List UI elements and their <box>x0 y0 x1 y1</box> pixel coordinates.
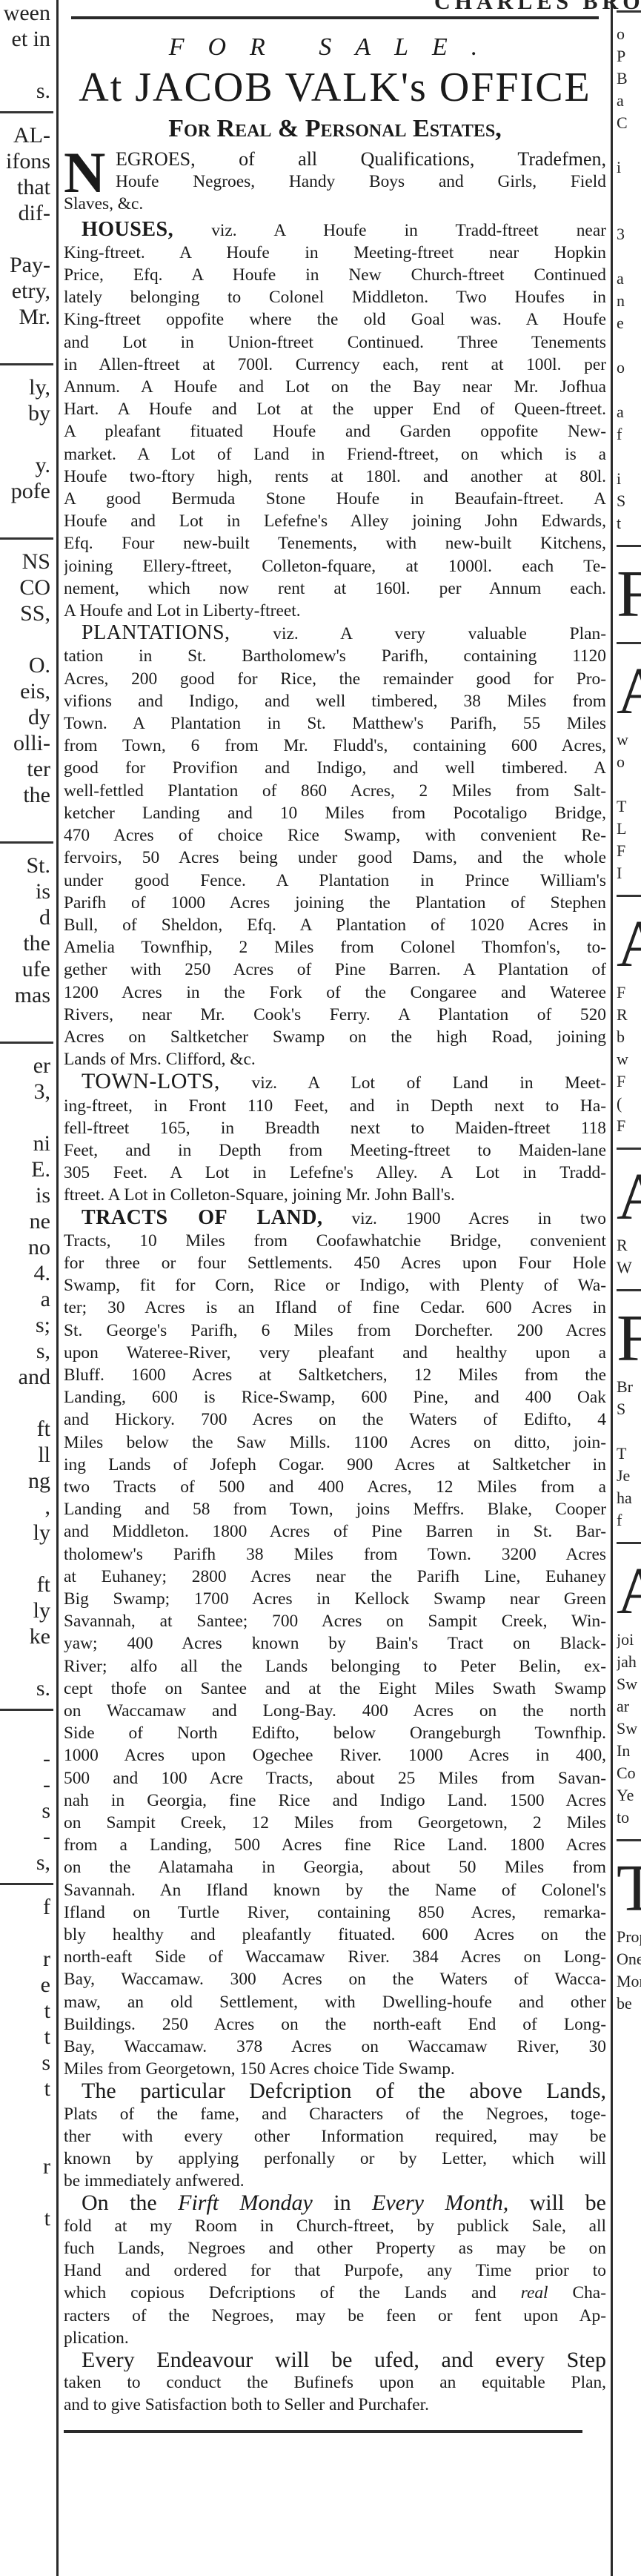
cropped-text-fragment: ke <box>0 1623 53 1649</box>
column-rule <box>617 1148 641 1150</box>
cropped-text-fragment: ha <box>617 1487 641 1509</box>
text-line: gether with 250 Acres of Pine Barren. A … <box>64 958 606 981</box>
text-line: taken to conduct the Bufinefs upon an eq… <box>64 2371 606 2394</box>
text-fragment: Cha- <box>573 2283 606 2302</box>
cropped-text-fragment: NS <box>0 549 53 575</box>
cropped-text-fragment: ly <box>0 1520 53 1546</box>
column-rule <box>617 642 641 644</box>
cropped-text-fragment: St. <box>0 852 53 878</box>
text-line: plication. <box>64 2327 606 2349</box>
cropped-text-fragment: S <box>617 490 641 512</box>
cropped-text-fragment: AL- <box>0 122 53 148</box>
text-line: 500 and 100 Acre Tracts, about 25 Miles … <box>64 1767 606 1789</box>
cropped-text-fragment: ft <box>0 1572 53 1597</box>
text-line: Rivers, near Mr. Cook's Ferry. A Plantat… <box>64 1004 606 1026</box>
cropped-text-fragment: n <box>617 290 641 312</box>
text-line: Houfe two-ftory high, rents at 180l. and… <box>64 466 606 488</box>
column-rule <box>0 537 53 540</box>
cropped-text-fragment: T <box>617 795 641 818</box>
cropped-text-fragment: ll <box>0 1442 53 1468</box>
cropped-text-fragment: O. <box>0 652 53 678</box>
cropped-text-fragment: d <box>0 904 53 930</box>
cropped-text-fragment: ar <box>617 1695 641 1718</box>
cropped-text-fragment: ne <box>0 1208 53 1234</box>
cropped-text-fragment <box>0 1546 53 1572</box>
text-line: Bluff. 1600 Acres at Saltketchers, 12 Mi… <box>64 1364 606 1386</box>
cropped-text-fragment: F <box>617 1115 641 1137</box>
cropped-text-fragment: Co <box>617 1762 641 1784</box>
cropped-initial: A <box>617 655 641 729</box>
text-line: Feet, and in Depth from Meeting-ftreet t… <box>64 1139 606 1162</box>
text-line: Slaves, &c. <box>64 193 606 215</box>
cropped-text-fragment: 3, <box>0 1079 53 1105</box>
text-line: maw, an old Settlement, with Dwelling-ho… <box>64 1991 606 2013</box>
text-line: Efq. Four new-built Tenements, with new-… <box>64 532 606 554</box>
cropped-text-fragment <box>617 379 641 401</box>
section-first-line: TRACTS OF LAND, viz. 1900 Acres in two <box>64 1207 606 1230</box>
cropped-text-fragment: w <box>617 1048 641 1070</box>
cropped-initial: F <box>617 1302 641 1376</box>
cropped-text-fragment: SS, <box>0 600 53 626</box>
text-line: fell-ftreet 165, in Breadth next to Maid… <box>64 1117 606 1139</box>
text-line: lately belonging to Colonel Middleton. T… <box>64 286 606 308</box>
cropped-text-fragment: ( <box>617 1093 641 1115</box>
closing-section: Every Endeavour will be ufed, and every … <box>64 2349 606 2417</box>
column-divider-left <box>56 0 59 2576</box>
column-rule <box>617 1839 641 1841</box>
text-line: be immediately anfwered. <box>64 2170 606 2192</box>
text-line: Big Swamp; 1700 Acres in Kellock Swamp n… <box>64 1588 606 1610</box>
cropped-text-fragment: B <box>617 67 641 90</box>
cropped-text-fragment: - <box>0 1824 53 1850</box>
section-heading: HOUSES, <box>82 219 173 241</box>
cropped-text-fragment: ft <box>0 1416 53 1442</box>
cropped-text-fragment: e <box>617 312 641 334</box>
text-line: joining Ellery-ftreet, Colleton-fquare, … <box>64 555 606 577</box>
cropped-text-fragment: P <box>617 45 641 67</box>
text-fragment: viz. A Houfe in Tradd-ftreet near <box>211 221 606 240</box>
text-line: ing Lands of Jofeph Cogar. 900 Acres at … <box>64 1454 606 1476</box>
cropped-text-fragment <box>0 504 53 530</box>
cropped-text-fragment: be <box>617 1993 641 2015</box>
text-line: known by applying perfonally or by Lette… <box>64 2148 606 2170</box>
text-line: Parifh of 1000 Acres joining the Plantat… <box>64 892 606 914</box>
text-line: 305 Feet. A Lot in Lefefne's Alley. A Lo… <box>64 1162 606 1184</box>
text-line: and Middleton. 1800 Acres of Pine Barren… <box>64 1520 606 1543</box>
cropped-text-fragment: I <box>617 862 641 884</box>
column-rule <box>617 545 641 547</box>
cropped-text-fragment: y. <box>0 452 53 478</box>
cropped-text-fragment <box>0 2179 53 2205</box>
column-rule <box>0 111 53 113</box>
text-line: Bay, Waccamaw. 300 Acres on the Waters o… <box>64 1968 606 1990</box>
column-rule <box>617 1289 641 1291</box>
cropped-text-fragment <box>0 1008 53 1034</box>
text-line: Side of North Edifto, below Orangeburgh … <box>64 1722 606 1744</box>
text-line: River; alfo all the Lands belonging to P… <box>64 1655 606 1678</box>
text-line: bly healthy and pleafantly fituated. 600… <box>64 1924 606 1946</box>
houses-section: HOUSES, viz. A Houfe in Tradd-ftreet nea… <box>64 219 606 623</box>
cropped-text-fragment <box>0 808 53 834</box>
cropped-initial: F <box>617 557 641 632</box>
text-line: under good Fence. A Plantation in Prince… <box>64 870 606 892</box>
text-line: King-ftreet oppofite where the old Goal … <box>64 308 606 331</box>
bottom-divider-rule <box>64 2430 582 2433</box>
tracts-section: TRACTS OF LAND, viz. 1900 Acres in two T… <box>64 1207 606 2081</box>
text-fragment: in <box>333 2192 351 2214</box>
cropped-text-fragment <box>617 134 641 156</box>
text-line: ing-ftreet, in Front 110 Feet, and in De… <box>64 1095 606 1117</box>
cropped-text-fragment: ly, <box>0 374 53 400</box>
cropped-text-fragment <box>617 201 641 223</box>
section-heading: PLANTATIONS, <box>82 622 230 644</box>
cropped-text-fragment: t <box>0 1998 53 2024</box>
section-heading: TOWN-LOTS, <box>82 1070 220 1093</box>
cropped-text-fragment: the <box>0 930 53 956</box>
text-line: EGROES, of all Qualifications, Tradefmen… <box>64 148 606 170</box>
text-line: Acres on Saltketcher Swamp on the high R… <box>64 1026 606 1048</box>
cropped-text-fragment: R <box>617 1234 641 1256</box>
text-line: two Tracts of 500 and 400 Acres, 12 Mile… <box>64 1476 606 1498</box>
cropped-text-fragment: Prop <box>617 1926 641 1948</box>
cropped-text-fragment: that <box>0 174 53 200</box>
text-fragment: which copious Defcriptions of the Lands … <box>64 2283 496 2302</box>
cropped-text-fragment: - <box>0 1746 53 1772</box>
cropped-text-fragment: ni <box>0 1130 53 1156</box>
cropped-text-fragment: is <box>0 878 53 904</box>
cropped-text-fragment: pofe <box>0 478 53 504</box>
text-line: for three or four Settlements. 450 Acres… <box>64 1252 606 1274</box>
text-line: vifions and Indigo, and well timbered, 3… <box>64 690 606 712</box>
text-fragment: Firft Monday <box>178 2192 313 2214</box>
cropped-text-fragment: In <box>617 1740 641 1762</box>
text-line: north-eaft Side of Waccamaw River. 384 A… <box>64 1946 606 1968</box>
cropped-text-fragment: a <box>0 1286 53 1312</box>
cropped-text-fragment: etry, <box>0 278 53 304</box>
cropped-text-fragment: er <box>0 1053 53 1079</box>
column-rule <box>0 1042 53 1044</box>
text-fragment: will be <box>530 2192 606 2214</box>
text-line: on Sampit Creek, 12 Miles from Georgetow… <box>64 1812 606 1834</box>
cropped-text-fragment <box>0 330 53 356</box>
text-line: Savannah. An Ifland known by the Name of… <box>64 1879 606 1901</box>
cropped-text-fragment <box>0 1920 53 1946</box>
cropped-text-fragment <box>617 245 641 268</box>
text-fragment: real <box>521 2283 548 2302</box>
cropped-text-fragment: dif- <box>0 200 53 226</box>
ad-kicker: FOR SALE. <box>64 31 606 64</box>
text-line: ter; 30 Acres is an Ifland of fine Cedar… <box>64 1297 606 1319</box>
cropped-text-fragment: eis, <box>0 678 53 704</box>
cropped-text-fragment: W <box>617 1256 641 1279</box>
text-line: cept thofe on Santee and at the Eight Mi… <box>64 1678 606 1700</box>
cropped-text-fragment: R <box>617 1004 641 1026</box>
text-line: Houfe Negroes, Handy Boys and Girls, Fie… <box>64 170 606 193</box>
text-line: ketcher Landing and 10 Miles from Pocota… <box>64 802 606 824</box>
text-line: The particular Defcription of the above … <box>64 2080 606 2102</box>
text-line: at Euhaney; 2800 Acres near the Parifh L… <box>64 1566 606 1588</box>
text-line: King-ftreet. A Houfe in Meeting-ftreet n… <box>64 242 606 264</box>
cropped-text-fragment: e <box>0 1972 53 1998</box>
cropped-text-fragment: s. <box>0 78 53 104</box>
section-heading: TRACTS OF LAND, <box>82 1207 322 1229</box>
text-line: market. A Lot of Land in Friend-ftreet, … <box>64 443 606 466</box>
cropped-text-fragment: s, <box>0 1338 53 1364</box>
cropped-text-fragment <box>0 626 53 652</box>
cropped-text-fragment <box>617 773 641 795</box>
cropped-text-fragment: T <box>617 1443 641 1465</box>
cropped-text-fragment: ween <box>0 0 53 26</box>
description-section: The particular Defcription of the above … <box>64 2080 606 2192</box>
text-line: Miles from Georgetown, 150 Acres choice … <box>64 2058 606 2080</box>
column-rule <box>0 1883 53 1885</box>
cropped-text-fragment: 3 <box>617 223 641 245</box>
cropped-initial: A <box>617 1554 641 1629</box>
advertisement-column: CHARLES BROWN. FOR SALE. At JACOB VALK's… <box>64 0 606 2433</box>
cropped-text-fragment: is <box>0 1182 53 1208</box>
cropped-text-fragment: ly <box>0 1597 53 1623</box>
cropped-text-fragment: r <box>0 2153 53 2179</box>
cropped-text-fragment: o <box>617 23 641 45</box>
text-line: Amelia Townfhip, 2 Miles from Colonel Th… <box>64 936 606 958</box>
cropped-text-fragment: s, <box>0 1850 53 1875</box>
cropped-text-fragment: i <box>617 468 641 490</box>
text-line: and Lot in Union-ftreet Continued. Three… <box>64 331 606 354</box>
text-line: Price, Efq. A Houfe in New Church-ftreet… <box>64 264 606 286</box>
cropped-text-fragment <box>0 2128 53 2153</box>
text-line: from Town, 6 from Mr. Fludd's, containin… <box>64 735 606 757</box>
cropped-text-fragment: E. <box>0 1156 53 1182</box>
cropped-text-fragment: L <box>617 818 641 840</box>
ad-body: N EGROES, of all Qualifications, Tradefm… <box>64 148 606 2417</box>
cropped-text-fragment: mas <box>0 982 53 1008</box>
text-fragment: On the <box>82 2192 157 2214</box>
text-line: well-fettled Plantation of 860 Acres, 2 … <box>64 780 606 802</box>
cropped-text-fragment: olli- <box>0 730 53 756</box>
cropped-text-fragment: t <box>0 2076 53 2102</box>
adjacent-right-column: oPBaC i 3 ane o af iStFAwo TLFIAFRbwF(FA… <box>617 0 641 2576</box>
text-line: Acres, 200 good for Rice, the remainder … <box>64 668 606 690</box>
cropped-text-fragment: CO <box>0 575 53 600</box>
text-line: fuch Lands, Negroes and other Property a… <box>64 2237 606 2259</box>
cropped-text-fragment: a <box>617 401 641 423</box>
ad-subtitle: For Real & Personal Estates, <box>64 111 606 147</box>
text-line: from a Landing, 500 Acres fine Rice Land… <box>64 1834 606 1856</box>
text-line: on Waccamaw and Long-Bay. 400 Acres on t… <box>64 1700 606 1722</box>
cropped-text-fragment: w <box>617 729 641 751</box>
text-line: Every Endeavour will be ufed, and every … <box>64 2349 606 2371</box>
section-first-line: PLANTATIONS, viz. A very valuable Plan- <box>64 622 606 645</box>
cropped-text-fragment: Je <box>617 1465 641 1487</box>
cropped-initial: T <box>617 1852 641 1926</box>
cropped-text-fragment: f <box>0 1894 53 1920</box>
text-line: good for Provifion and Indigo, and well … <box>64 757 606 779</box>
cropped-text-fragment: and <box>0 1364 53 1390</box>
cropped-initial: A <box>617 907 641 981</box>
column-rule <box>617 895 641 897</box>
cropped-text-fragment: dy <box>0 704 53 730</box>
text-line: Hart. A Houfe and Lot at the upper End o… <box>64 398 606 420</box>
cropped-text-fragment: - <box>0 1772 53 1798</box>
cropped-text-fragment: , <box>0 1494 53 1520</box>
column-rule <box>617 1542 641 1544</box>
cropped-text-fragment: o <box>617 751 641 773</box>
text-line: A good Bermuda Stone Houfe in Beaufain-f… <box>64 488 606 510</box>
cropped-text-fragment <box>617 334 641 357</box>
column-divider-right <box>611 0 613 2576</box>
text-line: Annum. A Houfe and Lot on the Bay near M… <box>64 376 606 398</box>
text-line: 1000 Acres upon Ogechee River. 1000 Acre… <box>64 1744 606 1767</box>
ad-title: At JACOB VALK's OFFICE <box>64 64 606 111</box>
text-line: 1200 Acres in the Fork of the Congaree a… <box>64 981 606 1004</box>
text-line: yaw; 400 Acres known by Bain's Tract on … <box>64 1632 606 1655</box>
text-fragment: viz. A Lot of Land in Meet- <box>252 1073 606 1093</box>
monthly-sale-section: On the Firft Monday in Every Month, will… <box>64 2192 606 2348</box>
cropped-text-fragment <box>0 1720 53 1746</box>
cropped-text-fragment: s; <box>0 1312 53 1338</box>
cropped-text-fragment: the <box>0 782 53 808</box>
cropped-text-fragment <box>0 52 53 78</box>
text-line: tation in St. Bartholomew's Parifh, cont… <box>64 645 606 667</box>
text-fragment: Every Month, <box>372 2192 508 2214</box>
cropped-text-fragment <box>0 226 53 252</box>
text-line: Bay, Waccamaw. 378 Acres on Waccamaw Riv… <box>64 2036 606 2058</box>
text-line: Bull, of Sheldon, Efq. A Plantation of 1… <box>64 914 606 936</box>
text-line: ther with every other Information requir… <box>64 2125 606 2148</box>
cropped-text-fragment: F <box>617 840 641 862</box>
cropped-text-fragment <box>0 426 53 452</box>
cropped-text-fragment: Pay- <box>0 252 53 278</box>
text-line: in Allen-ftreet at 700l. Currency each, … <box>64 354 606 376</box>
cropped-text-fragment: One <box>617 1948 641 1970</box>
cropped-text-fragment <box>617 1420 641 1443</box>
section-first-line: HOUSES, viz. A Houfe in Tradd-ftreet nea… <box>64 219 606 242</box>
text-line: and Hickory. 700 Acres on the Waters of … <box>64 1408 606 1431</box>
cropped-text-fragment: a <box>617 268 641 290</box>
cropped-text-fragment: ter <box>0 756 53 782</box>
cropped-text-fragment: Sw <box>617 1673 641 1695</box>
cropped-text-fragment: to <box>617 1807 641 1829</box>
text-line: Town. A Plantation in St. Matthew's Pari… <box>64 712 606 735</box>
cropped-text-fragment: s. <box>0 1675 53 1701</box>
cropped-text-fragment <box>0 1390 53 1416</box>
cropped-text-fragment: by <box>0 400 53 426</box>
text-line: Houfe and Lot in Lefefne's Alley joining… <box>64 510 606 532</box>
cropped-text-fragment: ng <box>0 1468 53 1494</box>
cropped-text-fragment: s <box>0 2050 53 2076</box>
cropped-text-fragment: Sw <box>617 1718 641 1740</box>
adjacent-left-column: weenet in s.AL-ifonsthatdif- Pay-etry,Mr… <box>0 0 53 2576</box>
cropped-text-fragment: joi <box>617 1629 641 1651</box>
drop-cap: N <box>64 144 105 202</box>
cropped-text-fragment: S <box>617 1398 641 1420</box>
town-lots-section: TOWN-LOTS, viz. A Lot of Land in Meet- i… <box>64 1070 606 1206</box>
text-line: Landing and 58 from Town, joins Meffrs. … <box>64 1498 606 1520</box>
cropped-text-fragment: o <box>617 357 641 379</box>
cropped-text-fragment: Mr. <box>0 304 53 330</box>
cropped-text-fragment: Mont <box>617 1970 641 1993</box>
text-line: on the Alatamaha in Georgia, about 50 Mi… <box>64 1856 606 1878</box>
cropped-text-fragment: t <box>0 2205 53 2231</box>
text-line: ftreet. A Lot in Colleton-Square, joinin… <box>64 1184 606 1206</box>
text-line: Miles below the Saw Mills. 1100 Acres on… <box>64 1431 606 1454</box>
text-line: nement, which now rent at 160l. per Annu… <box>64 577 606 600</box>
text-line: which copious Defcriptions of the Lands … <box>64 2282 606 2304</box>
plantations-section: PLANTATIONS, viz. A very valuable Plan- … <box>64 622 606 1070</box>
text-line: Savannah, at Santee; 700 Acres on Sampit… <box>64 1610 606 1632</box>
text-line: Plats of the fame, and Characters of the… <box>64 2103 606 2125</box>
cropped-text-fragment: 4. <box>0 1260 53 1286</box>
cropped-text-fragment: no <box>0 1234 53 1260</box>
cropped-initial: A <box>617 1160 641 1234</box>
negroes-section: N EGROES, of all Qualifications, Tradefm… <box>64 148 606 216</box>
text-line: 470 Acres of choice Rice Swamp, with con… <box>64 824 606 847</box>
text-line: A pleafant fituated Houfe and Garden opp… <box>64 420 606 443</box>
cropped-text-fragment <box>617 446 641 468</box>
cropped-text-fragment: F <box>617 1070 641 1093</box>
cropped-text-fragment <box>0 1649 53 1675</box>
previous-ad-signature: CHARLES BROWN. <box>434 0 641 15</box>
cropped-text-fragment <box>0 1105 53 1130</box>
text-fragment: viz. A very valuable Plan- <box>273 624 606 643</box>
column-rule <box>0 363 53 365</box>
cropped-text-fragment: et in <box>0 26 53 52</box>
cropped-text-fragment: a <box>617 90 641 112</box>
section-first-line: TOWN-LOTS, viz. A Lot of Land in Meet- <box>64 1070 606 1094</box>
text-line: nah in Georgia, fine Rice and Indigo Lan… <box>64 1789 606 1812</box>
cropped-text-fragment <box>0 2102 53 2128</box>
cropped-text-fragment: i <box>617 156 641 179</box>
text-line: A Houfe and Lot in Liberty-ftreet. <box>64 600 606 622</box>
cropped-text-fragment: t <box>617 512 641 534</box>
text-line: Buildings. 250 Acres on the north-eaft E… <box>64 2013 606 2036</box>
text-line: Landing, 600 is Rice-Swamp, 600 Pine, an… <box>64 1386 606 1408</box>
cropped-text-fragment: f <box>617 423 641 446</box>
text-line: Swamp, fit for Corn, Rice or Indigo, wit… <box>64 1274 606 1297</box>
cropped-text-fragment: Ye <box>617 1784 641 1807</box>
text-line: St. George's Parifh, 6 Miles from Dorche… <box>64 1320 606 1342</box>
cropped-text-fragment: ufe <box>0 956 53 982</box>
text-line: Lands of Mrs. Clifford, &c. <box>64 1048 606 1070</box>
text-line: racters of the Negroes, may be feen or f… <box>64 2305 606 2327</box>
text-line: Ifland on Turtle River, containing 850 A… <box>64 1901 606 1924</box>
text-line: tholomew's Parifh 38 Miles from Town. 32… <box>64 1543 606 1566</box>
text-line: Hand and ordered for that Purpofe, any T… <box>64 2259 606 2282</box>
cropped-text-fragment <box>617 179 641 201</box>
cropped-text-fragment: F <box>617 981 641 1004</box>
text-line: upon Wateree-River, very pleafant and he… <box>64 1342 606 1364</box>
cropped-text-fragment: C <box>617 112 641 134</box>
cropped-text-fragment: f <box>617 1509 641 1532</box>
cropped-text-fragment: jah <box>617 1651 641 1673</box>
cropped-text-fragment: Br <box>617 1376 641 1398</box>
cropped-text-fragment: b <box>617 1026 641 1048</box>
top-divider-rule <box>71 16 599 19</box>
cropped-text-fragment: s <box>0 1798 53 1824</box>
text-line: fervoirs, 50 Acres being under good Dams… <box>64 847 606 869</box>
cropped-text-fragment: t <box>0 2024 53 2050</box>
text-fragment: viz. 1900 Acres in two <box>351 1209 606 1228</box>
column-rule <box>0 1709 53 1711</box>
cropped-text-fragment: r <box>0 1946 53 1972</box>
column-rule <box>0 841 53 844</box>
text-line: fold at my Room in Church-ftreet, by pub… <box>64 2215 606 2237</box>
text-line: and to give Satisfaction both to Seller … <box>64 2394 606 2416</box>
text-line: Tracts, 10 Miles from Coofawhatchie Brid… <box>64 1230 606 1252</box>
cropped-text-fragment: ifons <box>0 148 53 174</box>
section-first-line: On the Firft Monday in Every Month, will… <box>64 2192 606 2214</box>
